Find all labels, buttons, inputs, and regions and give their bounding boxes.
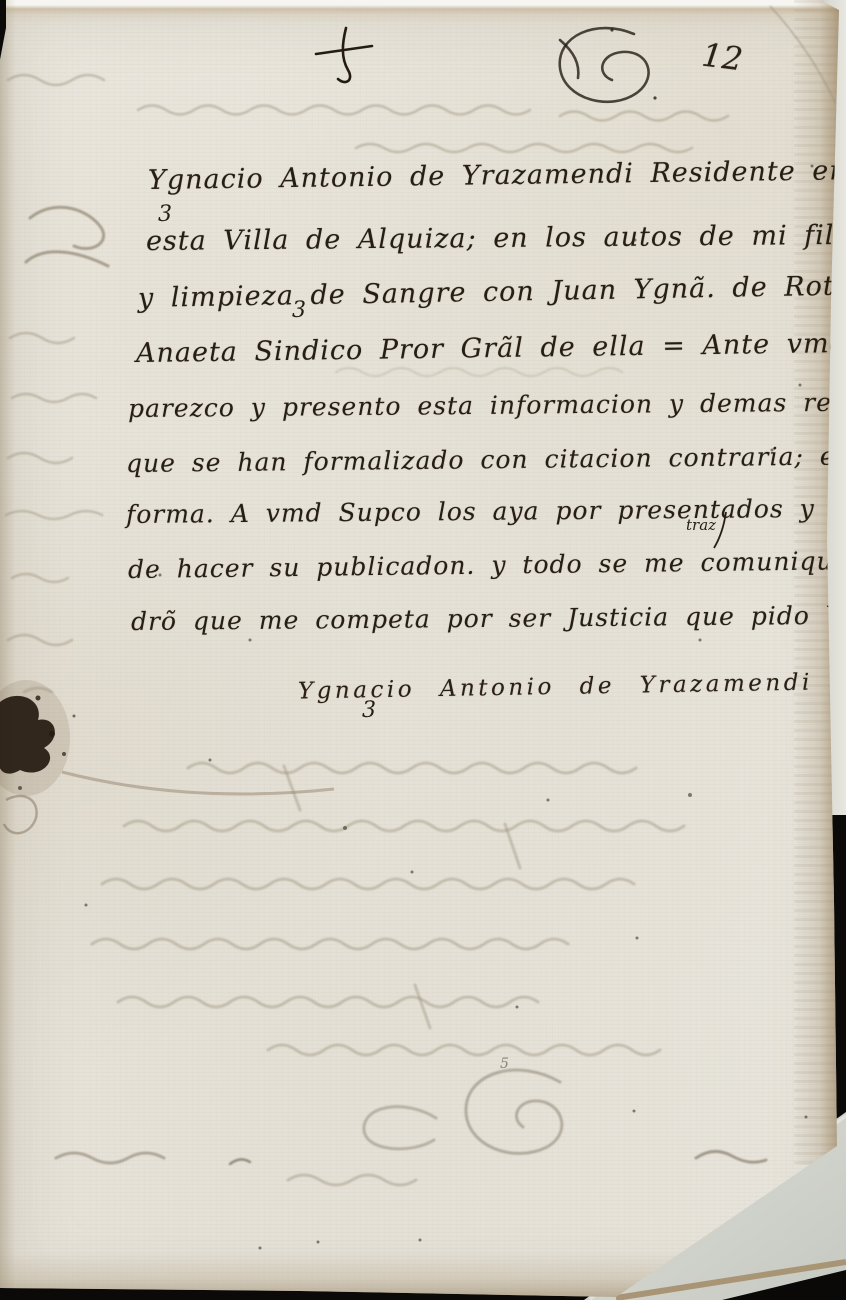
text-line-9: drõ que me competa por ser Justicia que … [131,600,846,636]
text-line-2: esta Villa de Alquiza; en los autos de m… [146,219,846,257]
deckle-edge-left [0,0,16,1300]
text-line-4: Anaeta Sindico Pror Grãl de ella = Ante … [136,328,846,369]
folio-number: 12 [700,36,745,79]
deckle-edge-top [0,0,846,24]
signature: Ygnacio Antonio de Yrazamendi [298,670,813,705]
ink-specks [85,165,814,1250]
text-line-7: forma. A vmd Supco los aya por presentad… [126,493,846,529]
ink-blot [0,680,334,833]
yg-flourish-3: 3 [158,202,172,227]
text-line-6: que se han formalizado con citacion cont… [126,441,846,478]
text-line-8: de hacer su publicadon. y todo se me com… [128,545,846,584]
stray-mark: 5 [500,1056,509,1072]
ink-marks-layer [0,0,846,1300]
yg-flourish-3: 3 [292,298,306,323]
interline-superscript: traz [686,516,716,534]
rubric-flourish-icon [560,28,657,102]
text-line-3: y limpieza de Sangre con Juan Ygnã. de R… [138,269,846,314]
text-line-1: Ygnacio Antonio de Yrazamendi Residente … [148,155,846,196]
cross-mark-icon [316,28,372,82]
manuscript-page: 12 Ygnacio Antonio de Yrazamendi Residen… [0,0,846,1300]
scan-background: { "colors": { "scan_background": "#0b0a0… [0,0,846,1300]
text-line-5: parezco y presento esta informacion y de… [128,387,846,423]
